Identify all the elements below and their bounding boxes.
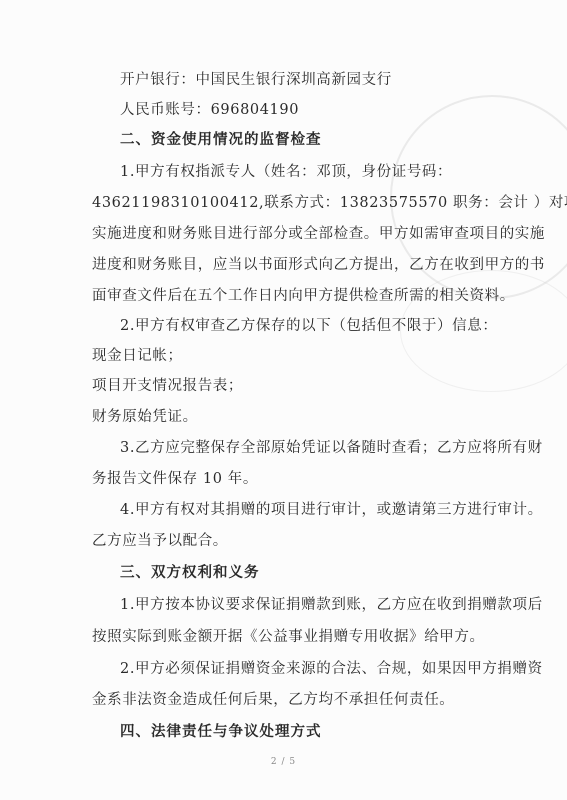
clause-2-4-line-2: 乙方应当予以配合。 [92, 531, 532, 551]
clause-2-1-line-4: 进度和财务账目，应当以书面形式向乙方提出，乙方在收到甲方的书 [92, 255, 532, 275]
page-number: 2 / 5 [0, 757, 567, 767]
clause-2-1-line-3: 实施进度和财务账目进行部分或全部检查。甲方如需审查项目的实施 [92, 224, 532, 244]
account-number-line: 人民币账号：696804190 [120, 100, 560, 120]
clause-2-4-line-1: 4.甲方有权对其捐赠的项目进行审计，或邀请第三方进行审计。 [120, 500, 560, 520]
bank-name-line: 开户银行：中国民生银行深圳高新园支行 [120, 70, 560, 90]
clause-3-2-line-1: 2.甲方必须保证捐赠资金来源的合法、合规，如果因甲方捐赠资 [120, 659, 560, 679]
clause-2-1-line-1: 1.甲方有权指派专人（姓名：邓顶，身份证号码： [120, 162, 560, 182]
section-heading-4: 四、法律责任与争议处理方式 [120, 722, 560, 742]
clause-3-1-line-2: 按照实际到账金额开据《公益事业捐赠专用收据》给甲方。 [92, 627, 532, 647]
section-heading-2: 二、资金使用情况的监督检查 [120, 130, 560, 150]
clause-2-2-line-1: 2.甲方有权审查乙方保存的以下（包括但不限于）信息： [120, 316, 560, 336]
list-item-expense-report: 项目开支情况报告表； [92, 376, 532, 396]
clause-3-2-line-2: 金系非法资金造成任何后果，乙方均不承担任何责任。 [92, 690, 532, 710]
clause-3-1-line-1: 1.甲方按本协议要求保证捐赠款到账，乙方应在收到捐赠款项后 [120, 595, 560, 615]
clause-2-3-line-2: 务报告文件保存 10 年。 [92, 469, 532, 489]
list-item-cash-journal: 现金日记帐； [92, 346, 532, 366]
clause-2-1-line-2: 43621198310100412,联系方式：13823575570 职务：会计… [92, 193, 532, 213]
list-item-vouchers: 财务原始凭证。 [92, 407, 532, 427]
section-heading-3: 三、双方权利和义务 [120, 563, 560, 583]
clause-2-3-line-1: 3.乙方应完整保存全部原始凭证以备随时查看；乙方应将所有财 [120, 438, 560, 458]
document-page: 开户银行：中国民生银行深圳高新园支行 人民币账号：696804190 二、资金使… [0, 0, 567, 800]
clause-2-1-line-5: 面审查文件后在五个工作日内向甲方提供检查所需的相关资料。 [92, 286, 532, 306]
